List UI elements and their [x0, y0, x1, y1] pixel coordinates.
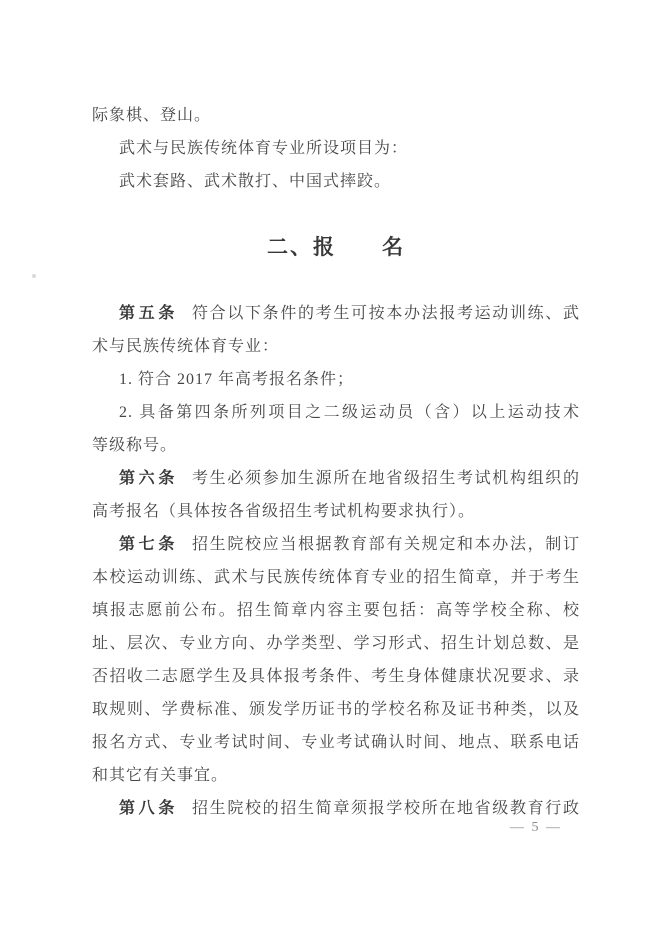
body-line: 术与民族传统体育专业：	[92, 330, 580, 363]
blank-line	[92, 198, 580, 231]
line-text: 招生院校的招生简章须报学校所在地省级教育行政	[192, 800, 580, 817]
body-line: 1. 符合 2017 年高考报名条件；	[92, 363, 580, 396]
body-line: 否招收二志愿学生及具体报考条件、考生身体健康状况要求、录	[92, 660, 580, 693]
body-line: 第六条考生必须参加生源所在地省级招生考试机构组织的	[92, 462, 580, 495]
line-text: 高考报名（具体按各省级招生考试机构要求执行）。	[92, 503, 475, 520]
line-text: 武术套路、武术散打、中国式摔跤。	[119, 173, 391, 190]
line-text: 际象棋、登山。	[92, 107, 211, 124]
body-line: 武术套路、武术散打、中国式摔跤。	[92, 165, 580, 198]
page-number: — 5 —	[92, 820, 562, 836]
line-text: 1. 符合 2017 年高考报名条件；	[119, 371, 354, 388]
body-line: 址、层次、专业方向、办学类型、学习形式、招生计划总数、是	[92, 627, 580, 660]
line-text: 术与民族传统体育专业：	[92, 338, 279, 355]
section-heading: 二、报 名	[92, 231, 580, 264]
body-line: 第七条招生院校应当根据教育部有关规定和本办法，制订	[92, 528, 580, 561]
line-text: 招生院校应当根据教育部有关规定和本办法，制订	[192, 536, 580, 553]
document-page: 际象棋、登山。 武术与民族传统体育专业所设项目为： 武术套路、武术散打、中国式摔…	[0, 0, 662, 936]
line-text: 址、层次、专业方向、办学类型、学习形式、招生计划总数、是	[92, 635, 580, 652]
body-line: 填报志愿前公布。招生简章内容主要包括：高等学校全称、校	[92, 594, 580, 627]
article-number-label: 第五条	[119, 305, 178, 322]
line-text: 符合以下条件的考生可按本办法报考运动训练、武	[192, 305, 580, 322]
body-line: 2. 具备第四条所列项目之二级运动员（含）以上运动技术	[92, 396, 580, 429]
line-text: 2. 具备第四条所列项目之二级运动员（含）以上运动技术	[119, 404, 580, 421]
article-number-label: 第八条	[119, 800, 178, 817]
article-number-label: 第六条	[119, 470, 178, 487]
line-text: 本校运动训练、武术与民族传统体育专业的招生简章，并于考生	[92, 569, 580, 586]
line-text: 否招收二志愿学生及具体报考条件、考生身体健康状况要求、录	[92, 668, 580, 685]
line-text: 考生必须参加生源所在地省级招生考试机构组织的	[192, 470, 580, 487]
body-line: 和其它有关事宜。	[92, 759, 580, 792]
body-line: 本校运动训练、武术与民族传统体育专业的招生简章，并于考生	[92, 561, 580, 594]
line-text: 取规则、学费标准、颁发学历证书的学校名称及证书种类，以及	[92, 701, 580, 718]
body-line: 取规则、学费标准、颁发学历证书的学校名称及证书种类，以及	[92, 693, 580, 726]
body-line: 报名方式、专业考试时间、专业考试确认时间、地点、联系电话	[92, 726, 580, 759]
line-text: 等级称号。	[92, 437, 177, 454]
document-body: 际象棋、登山。 武术与民族传统体育专业所设项目为： 武术套路、武术散打、中国式摔…	[92, 99, 580, 825]
body-line: 武术与民族传统体育专业所设项目为：	[92, 132, 580, 165]
line-text: 和其它有关事宜。	[92, 767, 228, 784]
scan-artifact-dot	[32, 274, 36, 278]
line-text: 报名方式、专业考试时间、专业考试确认时间、地点、联系电话	[92, 734, 580, 751]
line-text: 武术与民族传统体育专业所设项目为：	[119, 140, 408, 157]
body-line: 高考报名（具体按各省级招生考试机构要求执行）。	[92, 495, 580, 528]
body-line: 际象棋、登山。	[92, 99, 580, 132]
blank-line	[92, 264, 580, 297]
body-line: 第五条符合以下条件的考生可按本办法报考运动训练、武	[92, 297, 580, 330]
line-text: 填报志愿前公布。招生简章内容主要包括：高等学校全称、校	[92, 602, 580, 619]
body-line: 等级称号。	[92, 429, 580, 462]
article-number-label: 第七条	[119, 536, 178, 553]
